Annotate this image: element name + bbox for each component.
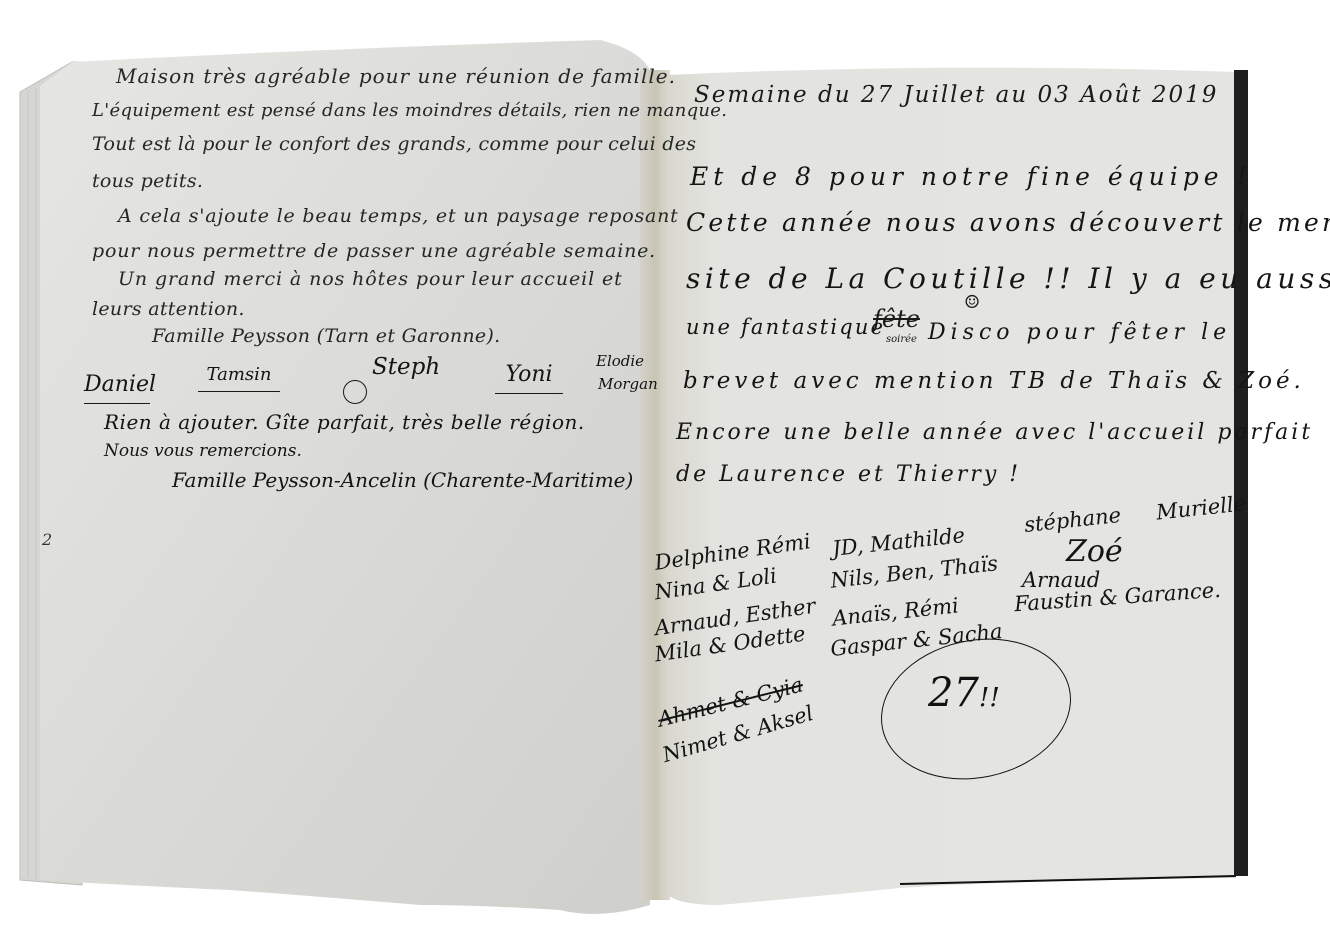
signature-name: Tamsin (198, 364, 280, 392)
struck-word: fête (873, 305, 920, 333)
entry-line: L'équipement est pensé dans les moindres… (92, 100, 727, 121)
inserted-word: soirée (886, 334, 917, 345)
entry-line: Nous vous remercions. (104, 441, 302, 461)
signature-name: Steph (372, 354, 440, 380)
entry-line: Encore une belle année avec l'accueil pa… (676, 420, 1313, 445)
entry-line: Et de 8 pour notre fine équipe ! (690, 162, 1252, 191)
flower-doodle-icon (343, 380, 367, 404)
entry-signature: Famille Peysson (Tarn et Garonne). (152, 325, 501, 347)
signature-name: Elodie (596, 352, 644, 370)
entry-line: Un grand merci à nos hôtes pour leur acc… (118, 268, 623, 290)
entry-line: brevet avec mention TB de Thaïs & Zoé. (683, 368, 1305, 394)
margin-mark: 2 (42, 530, 52, 549)
entry-line: Disco pour fêter le (928, 320, 1231, 345)
entry-line: de Laurence et Thierry ! (676, 462, 1021, 487)
exclamation-smiley-icon: !! (979, 683, 1000, 713)
entry-line: une fantastique (686, 315, 885, 339)
circled-number-value: 27 (928, 670, 979, 716)
entry-line: leurs attention. (92, 298, 245, 320)
entry-line: Rien à ajouter. Gîte parfait, très belle… (104, 410, 585, 434)
signature-name: Yoni (495, 362, 563, 394)
entry-line: tous petits. (92, 170, 203, 192)
entry-line: site de La Coutille !! Il y a eu aussi (686, 262, 1330, 295)
signature-name: Morgan (598, 375, 658, 393)
smiley-icon: ☺ (964, 292, 980, 313)
entry-line: A cela s'ajoute le beau temps, et un pay… (118, 205, 679, 227)
signature-name: Daniel (84, 372, 150, 404)
signature-name: Zoé (1066, 534, 1123, 569)
entry-line: Tout est là pour le confort des grands, … (92, 133, 696, 155)
entry-line: pour nous permettre de passer une agréab… (92, 240, 656, 262)
entry-line: Cette année nous avons découvert le merv… (686, 208, 1330, 237)
open-guestbook: Maison très agréable pour une réunion de… (0, 0, 1330, 948)
entry-signature: Famille Peysson-Ancelin (Charente-Mariti… (172, 468, 633, 492)
entry-line: Maison très agréable pour une réunion de… (116, 64, 676, 88)
week-header: Semaine du 27 Juillet au 03 Août 2019 (694, 82, 1218, 108)
circled-number: 27!! (928, 670, 1000, 716)
